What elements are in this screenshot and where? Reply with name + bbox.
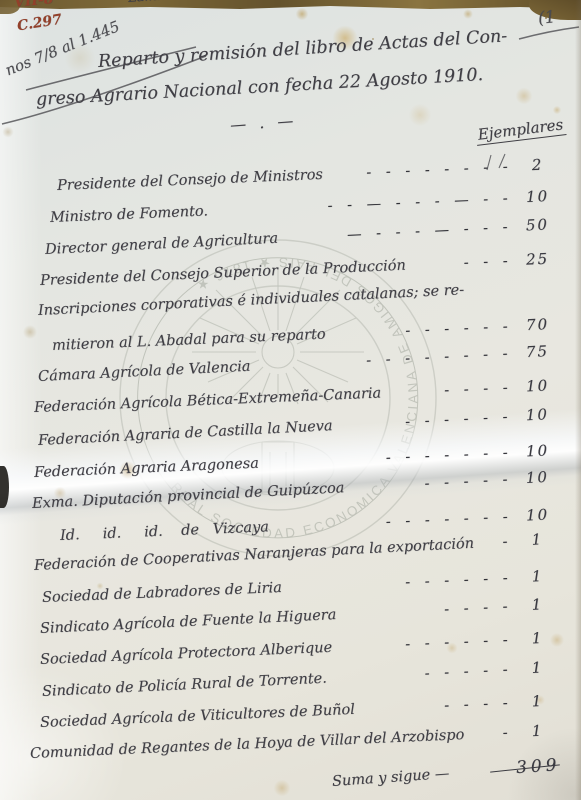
entry-label: Sindicato Agrícola de Fuente la Higuera [40,607,337,637]
title-separator: — . — [229,111,297,135]
page-number: (1 [537,7,556,29]
dash-leader: - - - - - - [332,632,519,656]
dash-leader: - - - - [381,380,519,402]
entry-label: Sociedad de Labradores de Liria [42,580,282,606]
entry-label: Id. id. id. de Vizcaya [60,519,269,544]
entry-label: Presidente del Consejo de Ministros [57,167,323,194]
dash-leader: - - — - - - — - - [208,190,519,219]
entry-value: 70 [518,315,557,335]
entry-value: 1 [518,628,557,648]
dash-leader: — - - - — - - - [278,219,519,247]
manuscript-page: REAL SOCIEDAD ECONOMICA VALENCIANA DE AM… [0,0,581,800]
dash-leader: - - - - - - - [269,509,519,535]
dash-leader: - - - - - - [325,318,519,342]
column-header-ejemplares: Ejemplares [475,115,567,146]
entry-label: Sociedad Agrícola de Viticultores de Buñ… [40,702,355,731]
dash-leader: - - - - - - - - [250,346,519,375]
dash-leader: - [474,533,519,551]
total-row: Suma y sigue — 309 [331,755,561,791]
dash-leader: - - - - [355,695,519,718]
entry-label: Ministro de Fomento. [50,203,209,226]
entry-value [519,290,557,292]
entry-value: 75 [518,342,557,362]
dash-leader: - - - - - [326,662,518,687]
entry-value: 2 [518,155,557,175]
entry-value: 1 [518,595,557,615]
entry-value: 1 [518,566,557,586]
entry-label: Sociedad Agrícola Protectora Alberique [40,640,333,668]
dash-leader: - - - - - - - - [322,159,518,183]
dash-leader [464,291,518,294]
dash-leader: - [464,725,519,743]
entry-value: 10 [518,405,557,425]
archival-mark-2: C.297 [16,12,63,35]
entry-value: 1 [518,658,557,678]
entry-value: 10 [518,376,557,396]
entry-value: 25 [518,249,557,269]
entry-label: Sindicato de Policía Rural de Torrente. [42,671,327,700]
entry-label: Director general de Agricultura [45,231,279,258]
title-line-1: Reparto y remisión del libro de Actas de… [97,25,527,72]
scan-right-edge [575,0,581,800]
entry-value: 1 [518,530,557,550]
archival-mark-1: VII-8 [13,0,54,11]
entry-value: 50 [518,215,557,235]
dash-leader [450,773,517,778]
entry-value: 1 [518,691,557,711]
entry-value: 10 [518,187,557,207]
entry-value: 10 [518,441,557,461]
entry-label: Comunidad de Regantes de la Hoya de Vill… [30,727,465,762]
entry-label: Cámara Agrícola de Valencia [38,359,251,385]
entry-value: 1 [518,721,557,741]
total-value: 309 [515,755,561,778]
dash-leader: - - - - - - [281,570,519,596]
entry-label: mitieron al L. Abadal para su reparto [52,327,326,354]
dash-leader: - - - - [336,598,519,623]
entry-label: Presidente del Consejo Superior de la Pr… [40,258,406,289]
list-item: Presidente del Consejo de Ministros - - … [57,155,557,194]
dash-leader: - - - [405,253,519,274]
scan-top-edge [0,0,581,10]
entry-value: 10 [518,505,557,525]
title-line-2: greso Agrario Nacional con fecha 22 Agos… [35,66,465,110]
entry-label: Inscripciones corporativas é individuale… [38,282,465,319]
entry-value: 10 [518,467,557,487]
entry-label: Federación Agrícola Bética-Extremeña-Can… [34,385,382,416]
total-label: Suma y sigue — [332,766,450,790]
